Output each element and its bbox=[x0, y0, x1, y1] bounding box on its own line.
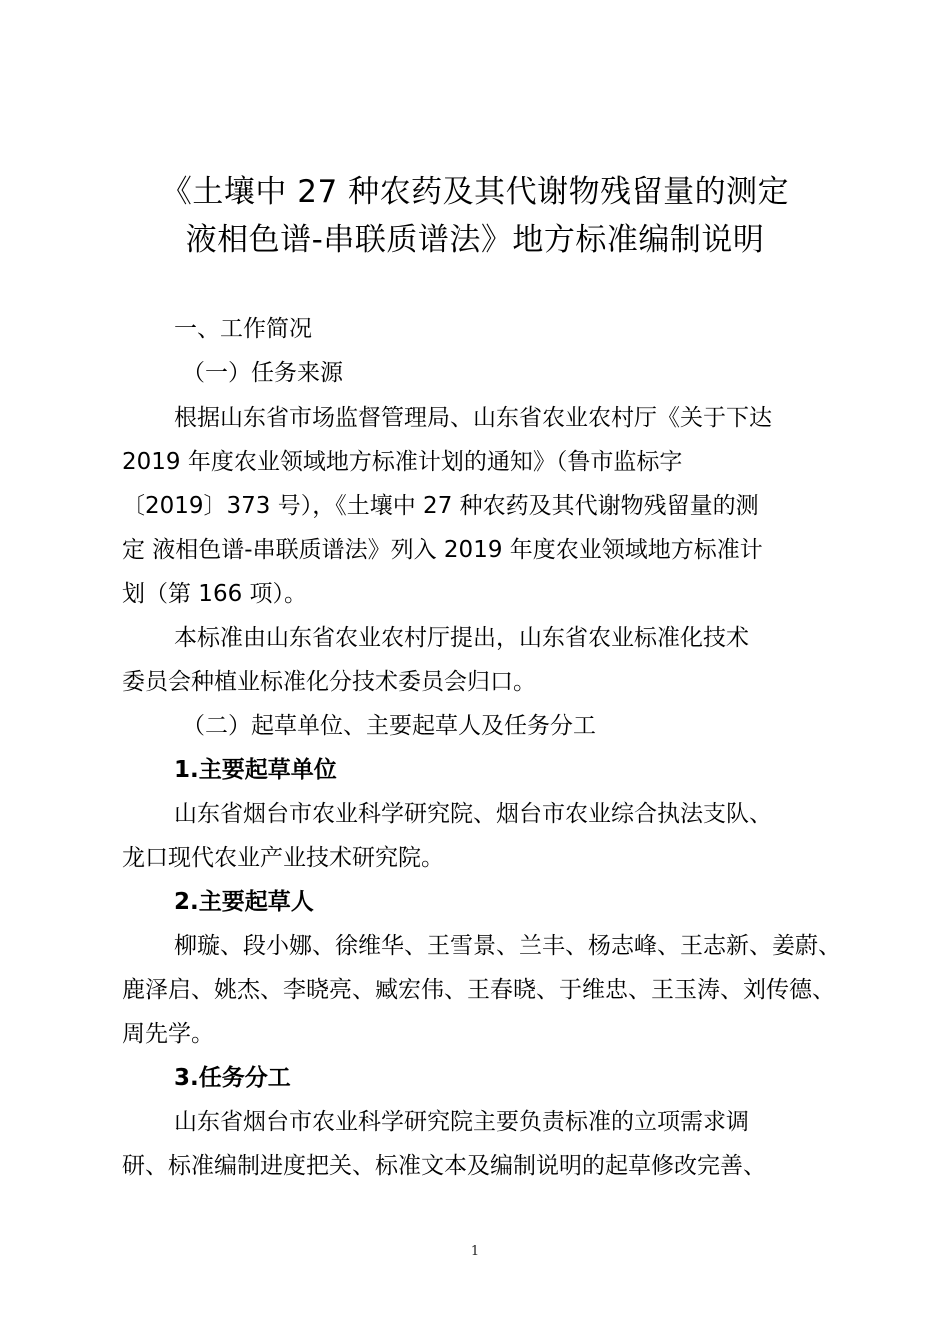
paragraph-line: 柳璇、段小娜、徐维华、王雪景、兰丰、杨志峰、王志新、姜蔚、 bbox=[174, 931, 894, 961]
page-number: 1 bbox=[0, 1244, 950, 1259]
section-heading-work-overview: 一、工作简况 bbox=[174, 314, 894, 344]
paragraph-line: 2019 年度农业领域地方标准计划的通知》（鲁市监标字 bbox=[122, 447, 842, 477]
paragraph-line: 周先学。 bbox=[122, 1019, 842, 1049]
paragraph-line: 委员会种植业标准化分技术委员会归口。 bbox=[122, 667, 842, 697]
paragraph-line: 山东省烟台市农业科学研究院、烟台市农业综合执法支队、 bbox=[174, 799, 894, 829]
paragraph-line: 〔2019〕373 号），《土壤中 27 种农药及其代谢物残留量的测 bbox=[122, 491, 842, 521]
document-title-line-1: 《土壤中 27 种农药及其代谢物残留量的测定 bbox=[0, 172, 950, 212]
document-title-line-2: 液相色谱-串联质谱法》地方标准编制说明 bbox=[0, 220, 950, 260]
paragraph-line: 本标准由山东省农业农村厅提出，山东省农业标准化技术 bbox=[174, 623, 894, 653]
paragraph-line: 划（第 166 项）。 bbox=[122, 579, 842, 609]
paragraph-line: 鹿泽启、姚杰、李晓亮、臧宏伟、王春晓、于维忠、王玉涛、刘传德、 bbox=[122, 975, 842, 1005]
paragraph-line: 龙口现代农业产业技术研究院。 bbox=[122, 843, 842, 873]
paragraph-line: 定 液相色谱-串联质谱法》列入 2019 年度农业领域地方标准计 bbox=[122, 535, 842, 565]
item-heading-main-drafters: 2.主要起草人 bbox=[174, 887, 894, 917]
subsection-heading-task-source: （一）任务来源 bbox=[182, 358, 902, 388]
item-heading-main-drafting-units: 1.主要起草单位 bbox=[174, 755, 894, 785]
paragraph-line: 研、标准编制进度把关、标准文本及编制说明的起草修改完善、 bbox=[122, 1151, 842, 1181]
subsection-heading-drafting-units: （二）起草单位、主要起草人及任务分工 bbox=[182, 711, 902, 741]
paragraph-line: 山东省烟台市农业科学研究院主要负责标准的立项需求调 bbox=[174, 1107, 894, 1137]
paragraph-line: 根据山东省市场监督管理局、山东省农业农村厅《关于下达 bbox=[174, 403, 894, 433]
item-heading-task-division: 3.任务分工 bbox=[174, 1063, 894, 1093]
document-page: 《土壤中 27 种农药及其代谢物残留量的测定 液相色谱-串联质谱法》地方标准编制… bbox=[0, 0, 950, 1344]
